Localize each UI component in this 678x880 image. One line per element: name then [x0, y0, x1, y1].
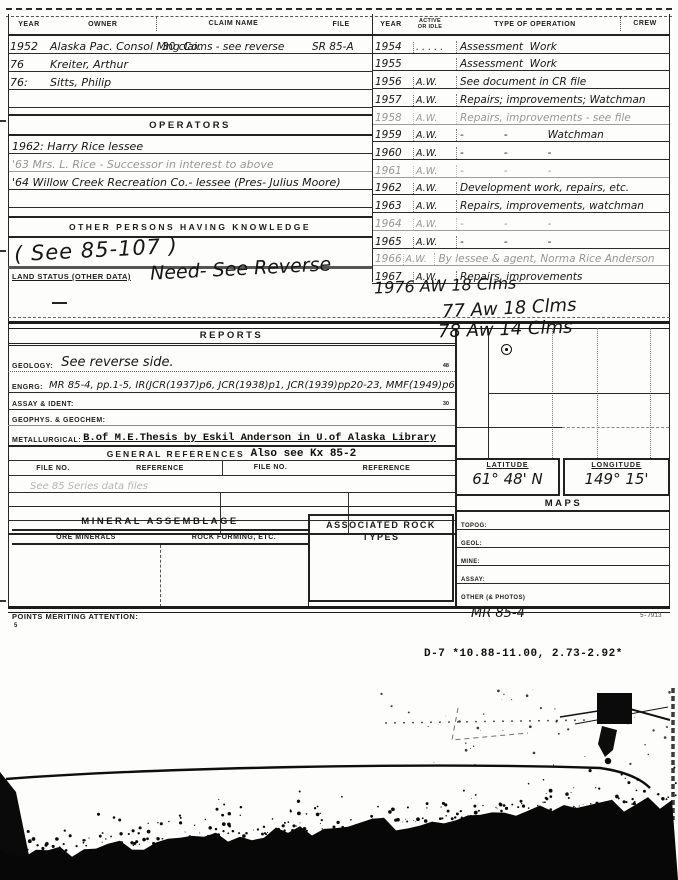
or-idle-label: OR IDLE — [418, 24, 442, 30]
operation-description: Assessment Work — [456, 58, 649, 70]
operator-entry: 1962: Harry Rice lessee — [8, 140, 143, 153]
owner-name: Alaska Pac. Consol Mng Co. — [50, 40, 162, 53]
reference-header: REFERENCE — [98, 465, 222, 472]
operation-description: Repairs; improvements; Watchman — [456, 94, 649, 106]
scanned-mining-claim-record: YEAR OWNER CLAIM NAME FILE 1952 Alaska P… — [0, 0, 678, 880]
topog-label: TOPOG: — [461, 523, 487, 529]
associated-rock-types-title: ASSOCIATED ROCK TYPES — [326, 519, 436, 600]
active-or-idle-value: A.W. — [413, 113, 456, 124]
black-square-artifact — [597, 693, 632, 724]
engineering-value: MR 85-4, pp.1-5, IR(JCR(1937)p6, JCR(193… — [49, 380, 455, 391]
operation-description: - - - — [456, 236, 649, 248]
mineral-body — [12, 545, 308, 607]
active-or-idle-value: A.W. — [413, 148, 456, 159]
metallurgical-value: B.of M.E.Thesis by Eskil Anderson in U.o… — [83, 432, 436, 444]
latitude-box: LATITUDE 61° 48' N — [455, 458, 560, 496]
margin-tick — [0, 600, 6, 602]
mineral-subheader: ORE MINERALS ROCK FORMING, ETC. — [12, 531, 308, 545]
operation-description: - - Watchman — [456, 129, 649, 141]
owner-row: 76 Kreiter, Arthur — [8, 54, 372, 72]
latitude-label: LATITUDE — [457, 462, 558, 469]
operation-description: See document in CR file — [456, 76, 649, 88]
column-number-30: 30 — [443, 401, 449, 407]
owner-year: 76 — [8, 58, 50, 71]
geology-value: See reverse side. — [61, 355, 173, 370]
operator-entry: '64 Willow Creek Recreation Co.- lessee … — [8, 176, 341, 189]
owner-row: 1952 Alaska Pac. Consol Mng Co. 30 claim… — [8, 36, 372, 54]
empty-row — [8, 190, 372, 208]
operation-description: Development work, repairs, etc. — [456, 182, 649, 194]
column-header-claim-name: CLAIM NAME — [156, 17, 311, 31]
operation-year: 1958 — [372, 112, 413, 124]
see-reference-note: ( See 85-107 ) — [13, 234, 178, 267]
other-persons-title: OTHER PERSONS HAVING KNOWLEDGE — [69, 222, 311, 232]
operator-row: '64 Willow Creek Recreation Co.- lessee … — [8, 172, 372, 190]
active-or-idle-value: A.W. — [413, 237, 456, 248]
file-reference-header: FILE NO. REFERENCE FILE NO. REFERENCE — [8, 461, 455, 476]
operation-year: 1965 — [372, 236, 413, 248]
operation-year: 1954 — [372, 41, 413, 53]
other-persons-section-header: OTHER PERSONS HAVING KNOWLEDGE — [8, 216, 372, 238]
operation-row: 1964 A.W. - - - — [372, 213, 669, 231]
operation-row: 1961 A.W. - - - — [372, 160, 669, 178]
empty-reference-row — [8, 493, 455, 507]
assay-row: ASSAY: — [457, 566, 670, 584]
typed-annotation: D-7 *10.88-11.00, 2.73-2.92* — [424, 648, 623, 660]
circle-dot-icon — [501, 344, 512, 355]
owner-year: 76: — [8, 76, 50, 89]
operation-year: 1957 — [372, 94, 413, 106]
operator-row: '63 Mrs. L. Rice - Successor in interest… — [8, 154, 372, 172]
form-number: 5-7913 — [640, 612, 662, 619]
active-or-idle-value: A.W. — [403, 254, 435, 265]
geol-row: GEOL: — [457, 530, 670, 548]
operation-year: 1966 — [372, 253, 403, 265]
operation-row: 1958 A.W. Repairs, improvements - see fi… — [372, 107, 669, 125]
empty-cell — [349, 493, 455, 506]
active-or-idle-value: A.W. — [413, 219, 456, 230]
file-no-header-2: FILE NO. — [222, 461, 318, 475]
operation-row: 1956 A.W. See document in CR file — [372, 71, 669, 89]
operation-row: 1962 A.W. Development work, repairs, etc… — [372, 178, 669, 196]
owner-name: Kreiter, Arthur — [50, 58, 162, 71]
operations-rows: 1954 . . . . . Assessment Work 1955 Asse… — [372, 36, 669, 284]
owner-year: 1952 — [8, 40, 50, 53]
mineral-assemblage-title: MINERAL ASSEMBLAGE — [81, 516, 238, 527]
owners-table-header: YEAR OWNER CLAIM NAME FILE — [8, 14, 372, 36]
operator-entry: '63 Mrs. L. Rice - Successor in interest… — [8, 158, 274, 171]
associated-rock-types-box: ASSOCIATED ROCK TYPES — [308, 514, 454, 602]
operation-row: 1955 Assessment Work — [372, 54, 669, 72]
grid-line — [488, 393, 669, 394]
operation-description: Repairs, improvements, watchman — [456, 200, 649, 212]
operation-description: Repairs, improvements - see file — [456, 112, 649, 124]
dashed-artifact-line — [385, 720, 590, 723]
operation-description: - - - — [456, 218, 649, 230]
owners-table: YEAR OWNER CLAIM NAME FILE 1952 Alaska P… — [8, 14, 372, 208]
reference-header-2: REFERENCE — [318, 465, 455, 472]
general-references-header: GENERAL REFERENCES Also see Kx 85-2 — [8, 447, 455, 461]
column-header-year: YEAR — [8, 21, 50, 28]
active-or-idle-value: A.W. — [413, 130, 456, 141]
active-or-idle-value: A.W. — [413, 77, 456, 88]
points-meriting-attention-label: POINTS MERITING ATTENTION: — [12, 612, 138, 621]
land-status-label: LAND STATUS (OTHER DATA) — [12, 272, 131, 281]
operation-year: 1955 — [372, 58, 413, 70]
operation-year: 1963 — [372, 200, 413, 212]
operation-description: By lessee & agent, Norma Rice Anderson — [434, 253, 654, 265]
assay-label: ASSAY: — [461, 577, 485, 583]
engineering-label: ENGRG: — [8, 384, 43, 391]
maps-header: MAPS — [457, 496, 670, 512]
active-or-idle-value: A.W. — [413, 183, 456, 194]
column-header-type-of-operation: TYPE OF OPERATION — [450, 21, 620, 28]
artifact-line — [560, 711, 598, 717]
margin-tick — [0, 250, 6, 252]
scan-artifact-area — [0, 660, 678, 880]
assay-ident-label: ASSAY & IDENT: — [8, 401, 74, 408]
operator-row: 1962: Harry Rice lessee — [8, 136, 372, 154]
operation-year: 1961 — [372, 165, 413, 177]
empty-row — [8, 90, 372, 108]
latitude-value: 61° 48' N — [457, 470, 558, 488]
other-photos-row: OTHER (& PHOTOS) MR 85-4 — [457, 584, 670, 608]
handwritten-1976-entry: 1976 AW 18 Clms — [374, 274, 517, 298]
long-scan-line — [6, 766, 650, 788]
operation-row: 1965 A.W. - - - — [372, 231, 669, 249]
operation-row: 1966 A.W. By lessee & agent, Norma Rice … — [372, 249, 669, 267]
operation-description: Assessment Work — [456, 41, 649, 53]
maps-section: MAPS TOPOG: GEOL: MINE: ASSAY: OTHER (& … — [455, 496, 670, 606]
mineral-assemblage-section: MINERAL ASSEMBLAGE ORE MINERALS ROCK FOR… — [12, 514, 309, 606]
dot-artifact — [605, 758, 611, 764]
topog-row: TOPOG: — [457, 512, 670, 530]
operation-row: 1957 A.W. Repairs; improvements; Watchma… — [372, 89, 669, 107]
mineral-assemblage-header: MINERAL ASSEMBLAGE — [12, 514, 308, 531]
reports-header: REPORTS — [8, 328, 455, 346]
file-number: SR 85-A — [312, 41, 372, 53]
engineering-row: ENGRG: MR 85-4, pp.1-5, IR(JCR(1937)p6, … — [8, 372, 455, 393]
active-or-idle-value: A.W. — [413, 166, 456, 177]
mine-label: MINE: — [461, 559, 480, 565]
stray-mark: 5 — [14, 623, 17, 629]
empty-cell — [221, 493, 349, 506]
column-header-owner: OWNER — [50, 21, 156, 28]
file-no-header: FILE NO. — [8, 465, 98, 472]
longitude-box: LONGITUDE 149° 15' — [563, 458, 670, 496]
column-header-year: YEAR — [372, 21, 410, 28]
operation-row: 1959 A.W. - - Watchman — [372, 125, 669, 143]
operation-row: 1963 A.W. Repairs, improvements, watchma… — [372, 195, 669, 213]
blob-artifact — [598, 726, 617, 757]
owners-rows: 1952 Alaska Pac. Consol Mng Co. 30 claim… — [8, 36, 372, 90]
longitude-value: 149° 15' — [565, 470, 668, 488]
other-photos-label: OTHER (& PHOTOS) — [461, 595, 525, 601]
operation-year: 1964 — [372, 218, 413, 230]
claim-name: 30 claims - see reverse — [162, 41, 312, 53]
column-number-48: 48 — [443, 363, 449, 369]
geology-row: GEOLOGY: See reverse side. 48 — [8, 346, 455, 372]
operation-year: 1959 — [372, 129, 413, 141]
metallurgical-label: METALLURGICAL: — [8, 437, 81, 444]
operation-year: 1960 — [372, 147, 413, 159]
operation-description: - - - — [456, 165, 649, 177]
operation-year: 1956 — [372, 76, 413, 88]
reference-entry-row: See 85 Series data files — [8, 476, 455, 493]
reports-section: REPORTS GEOLOGY: See reverse side. 48 EN… — [8, 328, 457, 535]
operators-section-header: OPERATORS — [8, 114, 372, 136]
column-header-file: FILE — [310, 21, 372, 28]
geophys-geochem-row: GEOPHYS. & GEOCHEM: — [8, 410, 455, 426]
operation-row: 1954 . . . . . Assessment Work — [372, 36, 669, 54]
column-header-crew: CREW — [620, 17, 669, 31]
grid-line-dashed — [562, 427, 669, 428]
owner-name: Sitts, Philip — [50, 76, 162, 89]
active-or-idle-value: A.W. — [413, 95, 456, 106]
operations-table: YEAR ACTIVE OR IDLE TYPE OF OPERATION CR… — [372, 14, 669, 284]
geol-label: GEOL: — [461, 541, 482, 547]
general-references-title: GENERAL REFERENCES — [107, 449, 245, 459]
stray-dash-mark — [52, 302, 67, 304]
assay-ident-row: ASSAY & IDENT: 30 — [8, 393, 455, 410]
operations-table-header: YEAR ACTIVE OR IDLE TYPE OF OPERATION CR… — [372, 14, 669, 36]
mine-row: MINE: — [457, 548, 670, 566]
geophys-geochem-label: GEOPHYS. & GEOCHEM: — [8, 417, 106, 424]
grid-line — [457, 427, 562, 428]
operation-year: 1962 — [372, 182, 413, 194]
longitude-label: LONGITUDE — [565, 462, 668, 469]
owner-row: 76: Sitts, Philip — [8, 72, 372, 90]
operators-rows: 1962: Harry Rice lessee '63 Mrs. L. Rice… — [8, 136, 372, 190]
artifact-outline — [452, 708, 528, 740]
general-references-note: Also see Kx 85-2 — [251, 448, 357, 460]
column-header-active-or-idle: ACTIVE OR IDLE — [410, 18, 450, 30]
active-or-idle-value: . . . . . — [413, 42, 456, 53]
active-or-idle-value: A.W. — [413, 201, 456, 212]
ore-minerals-cell — [12, 545, 161, 607]
land-status-note: Need- See Reverse — [150, 253, 332, 284]
geology-label: GEOLOGY: — [8, 363, 53, 370]
blank-grid-area — [457, 328, 669, 458]
reference-entry: See 85 Series data files — [8, 481, 148, 492]
metallurgical-row: METALLURGICAL: B.of M.E.Thesis by Eskil … — [8, 426, 455, 447]
maps-title: MAPS — [545, 498, 582, 509]
reports-title: REPORTS — [200, 330, 263, 341]
ore-minerals-label: ORE MINERALS — [12, 534, 160, 541]
rock-forming-label: ROCK FORMING, ETC. — [160, 534, 308, 541]
margin-tick — [0, 120, 6, 122]
operation-row: 1960 A.W. - - - — [372, 142, 669, 160]
empty-cell — [8, 493, 221, 506]
bottom-black-band — [0, 797, 678, 880]
operation-description: - - - — [456, 147, 649, 159]
operators-title: OPERATORS — [149, 120, 231, 131]
